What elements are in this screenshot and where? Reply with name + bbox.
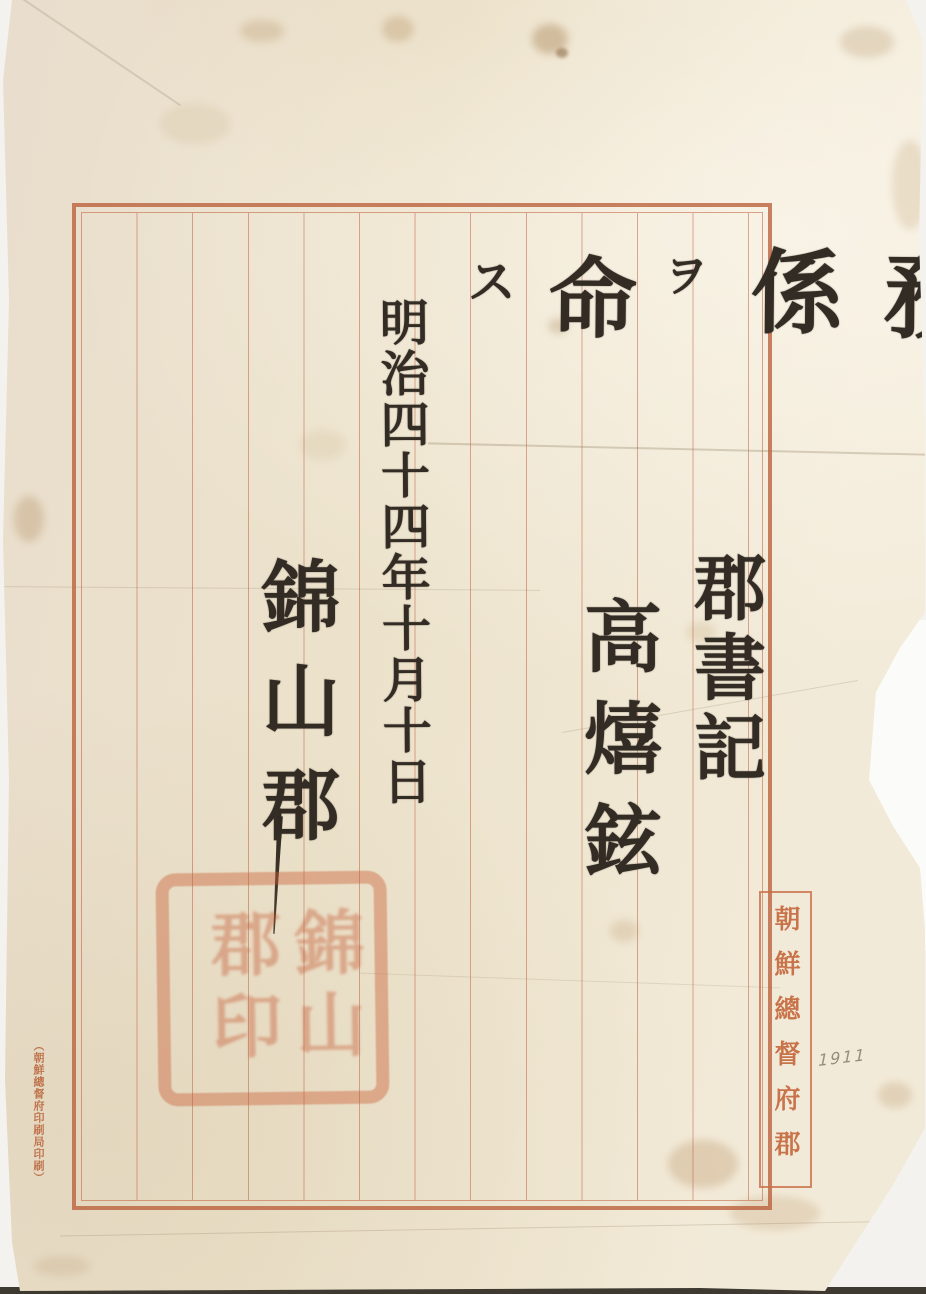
appointment-text: 財 務 係 ヲ 命 ス <box>452 237 926 345</box>
recipient-name: 高熺鉉 <box>560 596 672 902</box>
paper-crease <box>0 0 181 106</box>
calligraphy-char: ス <box>452 255 525 340</box>
pencil-year-annotation: 1911 <box>818 1045 867 1070</box>
calligraphy-char: 命 <box>524 252 651 341</box>
seal-script-text: 錦山郡印 <box>177 892 369 1086</box>
foxing-stain <box>878 1082 912 1108</box>
foxing-stain <box>532 24 568 54</box>
paper-crease <box>60 1220 920 1236</box>
document-photo: 財 務 係 ヲ 命 ス 明治四十四年十月十日 錦山郡 郡書記 高熺鉉 錦山郡印 … <box>0 0 926 1294</box>
foxing-stain <box>892 140 926 230</box>
foxing-stain <box>160 104 230 144</box>
foxing-stain <box>240 20 284 42</box>
foxing-stain <box>34 1256 90 1276</box>
recipient-text: 郡書記 高熺鉉 <box>560 550 776 902</box>
foxing-stain <box>840 26 894 58</box>
foxing-stain <box>14 496 44 542</box>
form-margin-box: 朝鮮總督府郡 <box>759 891 812 1188</box>
foxing-stain <box>556 48 568 58</box>
paper-sheet: 財 務 係 ヲ 命 ス 明治四十四年十月十日 錦山郡 郡書記 高熺鉉 錦山郡印 … <box>0 0 926 1294</box>
calligraphy-char: 務 <box>856 247 926 344</box>
date-text: 明治四十四年十月十日 <box>366 297 440 807</box>
issuer-text: 錦山郡 <box>238 556 350 868</box>
recipient-title: 郡書記 <box>672 550 776 902</box>
printer-imprint-note: （朝鮮總督府印刷局印刷） <box>30 1040 46 1210</box>
foxing-stain <box>382 16 414 42</box>
calligraphy-char: ヲ <box>650 251 717 342</box>
government-general-label: 朝鮮總督府郡 <box>767 905 804 1175</box>
official-red-seal: 錦山郡印 <box>155 870 389 1106</box>
calligraphy-char: 係 <box>724 243 857 342</box>
